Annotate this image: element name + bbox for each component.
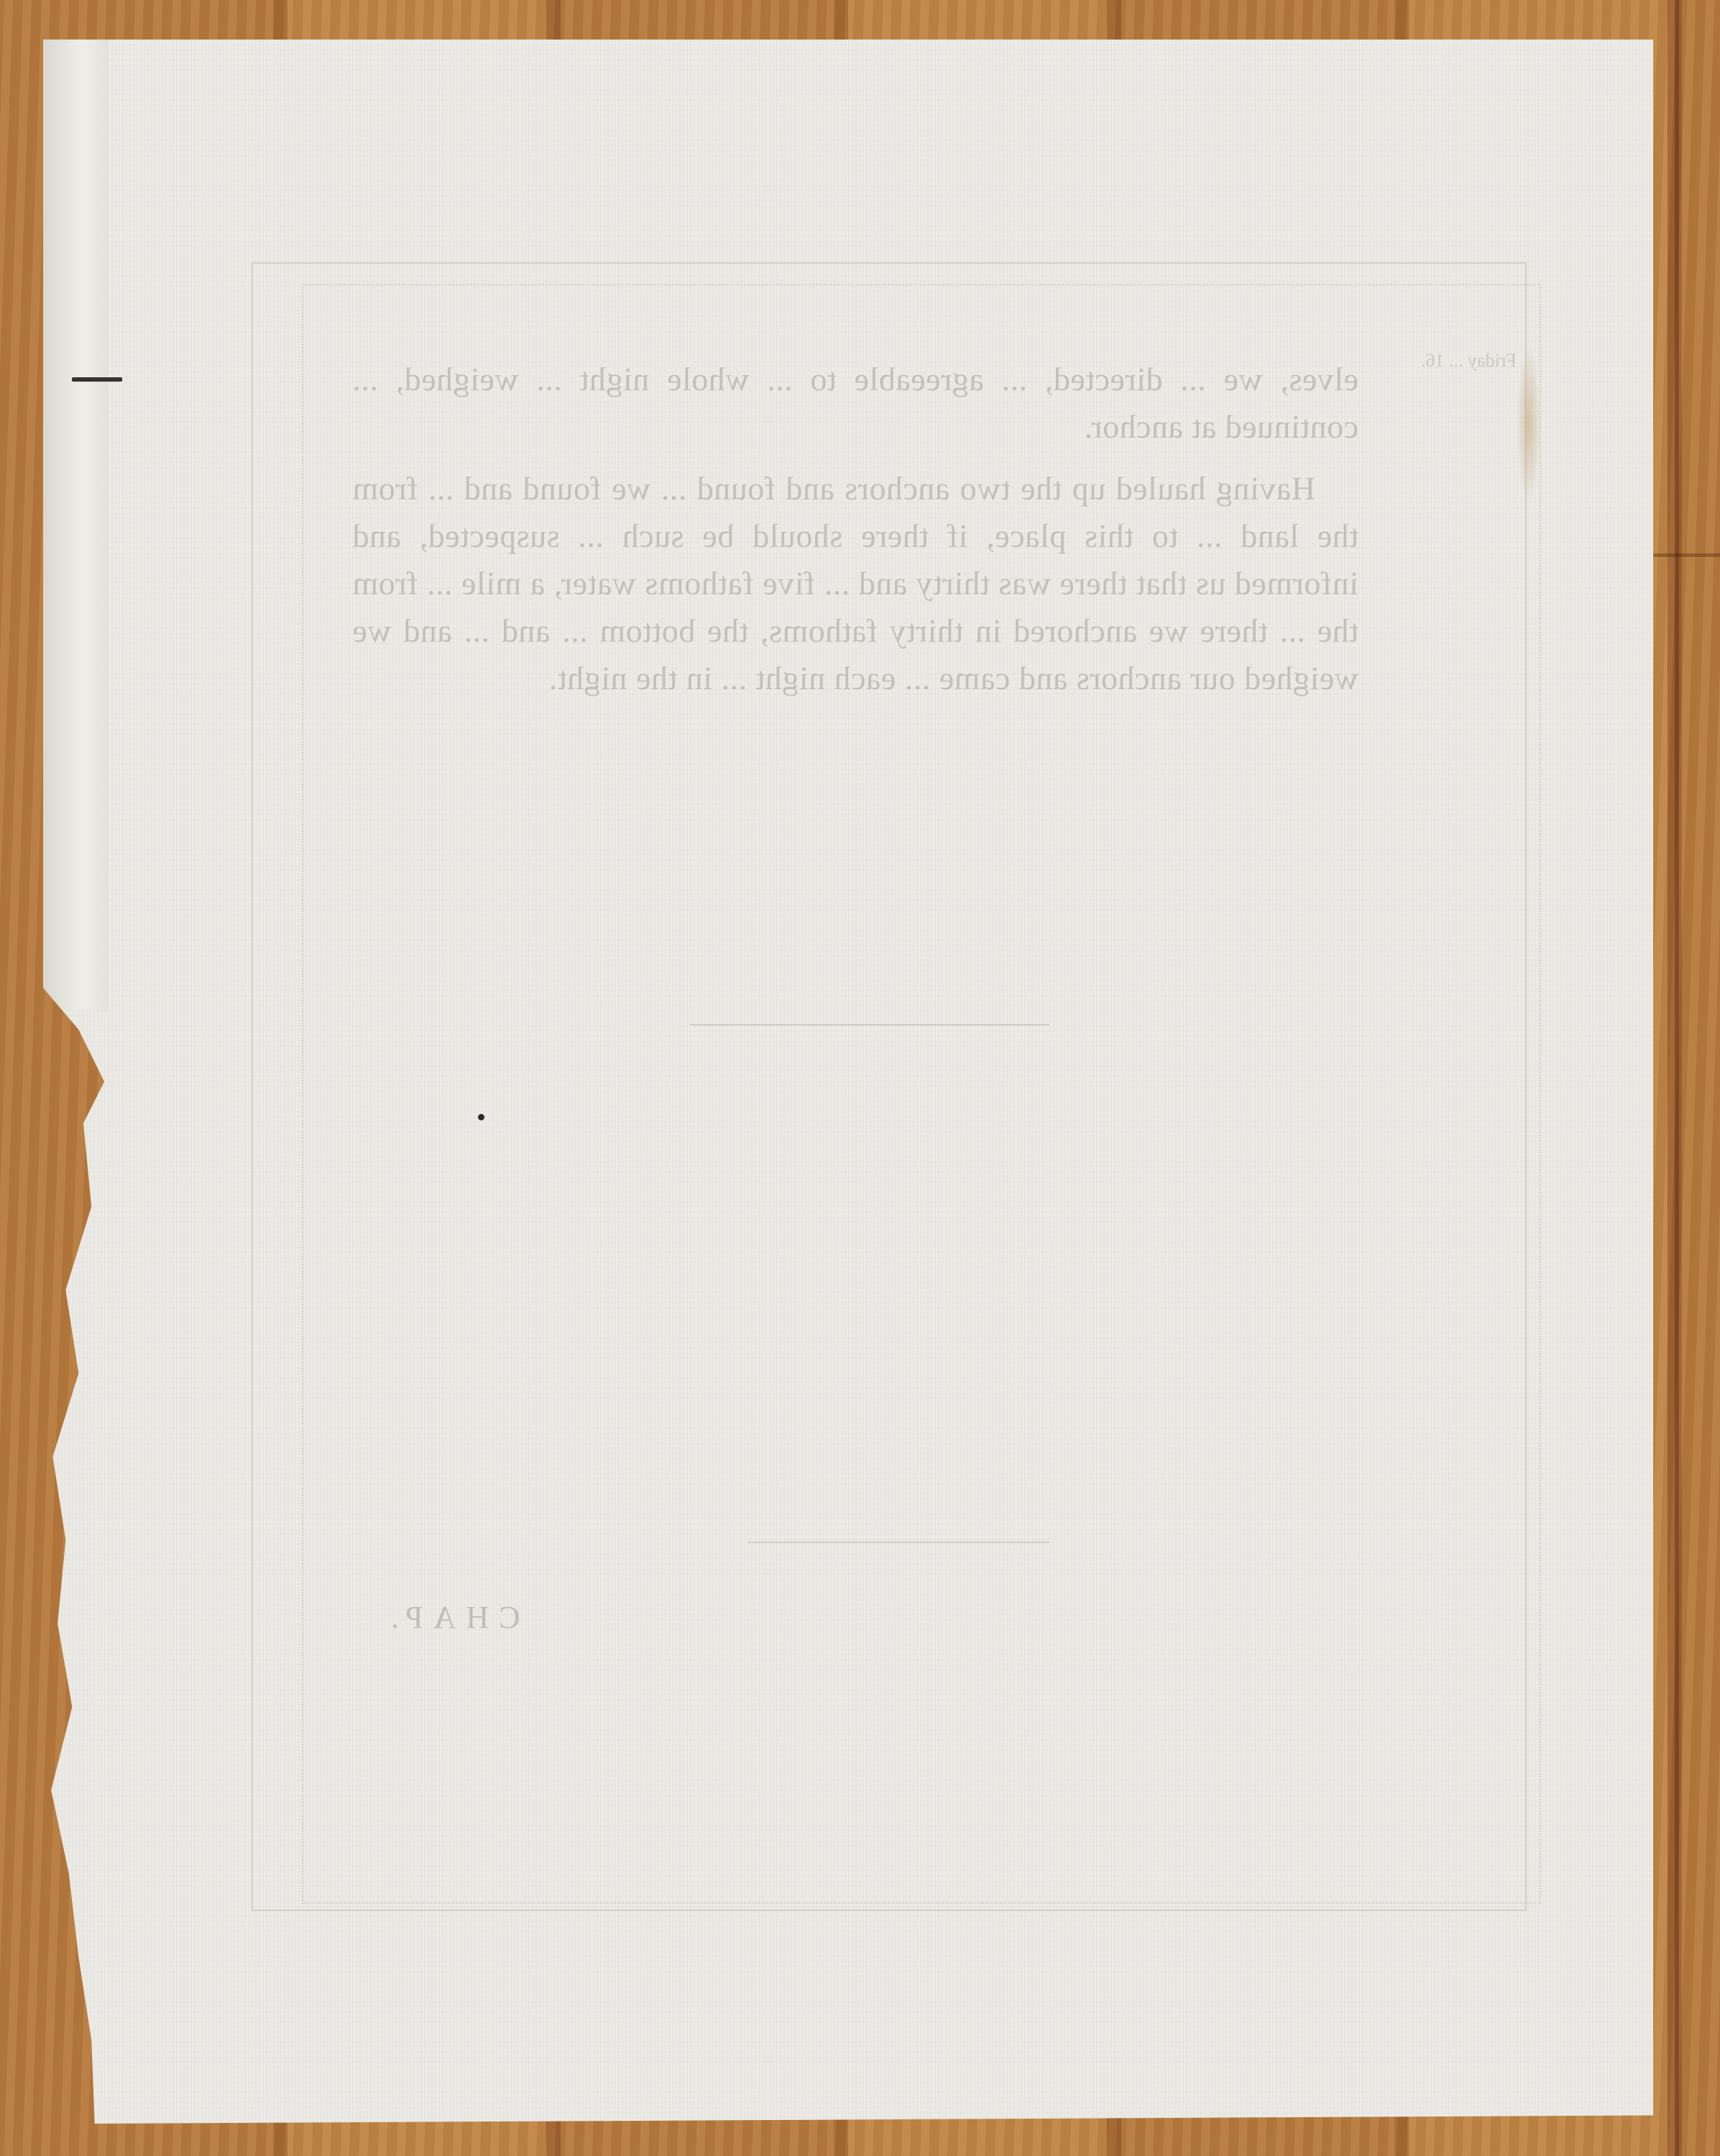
foxing-stain <box>1517 341 1541 507</box>
showthrough-sidenote: Friday ... 16. <box>1358 349 1517 373</box>
showthrough-top-fragment: elves, we ... directed, ... agreeable to… <box>352 356 1358 451</box>
book-page: elves, we ... directed, ... agreeable to… <box>43 40 1653 2124</box>
spine-fold <box>43 40 108 1010</box>
showthrough-text: elves, we ... directed, ... agreeable to… <box>352 356 1358 717</box>
showthrough-paragraph: Having hauled up the two anchors and fou… <box>352 465 1358 702</box>
ink-speck <box>478 1114 484 1120</box>
table-seam <box>1675 0 1679 2156</box>
showthrough-catchword: CHAP. <box>381 1599 520 1636</box>
table-seam <box>1653 553 1720 557</box>
showthrough-rule <box>690 1024 1049 1026</box>
spine-notch <box>72 377 122 382</box>
showthrough-rule <box>748 1542 1049 1543</box>
